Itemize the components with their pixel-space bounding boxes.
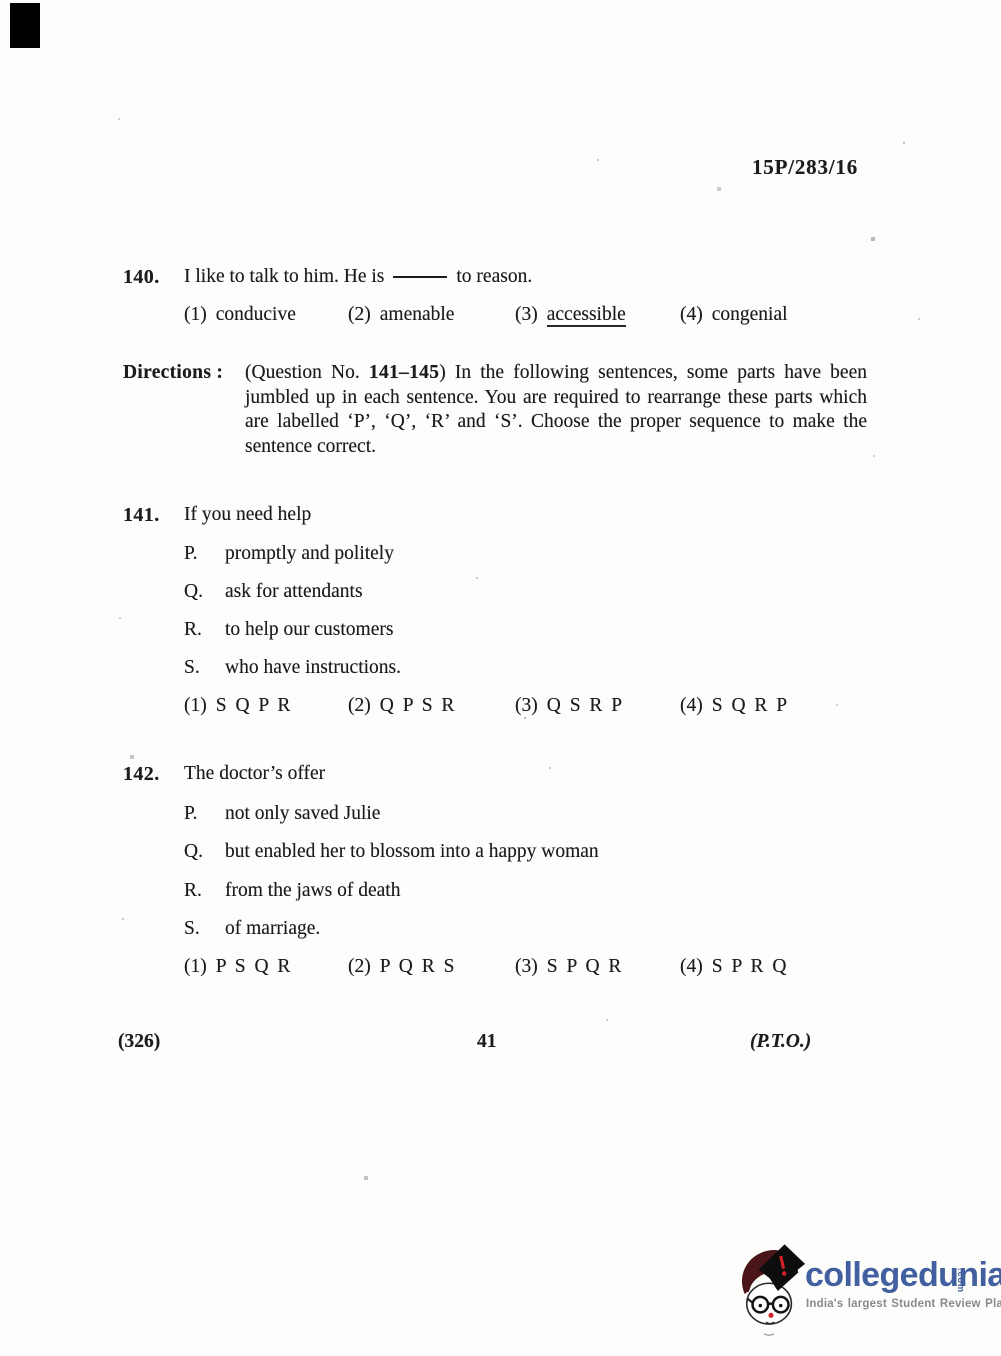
q142-part-S: S.of marriage. [184, 918, 320, 940]
q140-text-after: to reason. [456, 266, 532, 287]
q140-option-3: (3)accessible [515, 304, 626, 326]
part-label: P. [184, 803, 225, 825]
option-label: (3) [515, 956, 538, 977]
part-text: from the jaws of death [225, 880, 400, 901]
q140-option-4: (4)congenial [680, 304, 788, 326]
q142-option-4: (4)S P R Q [680, 956, 786, 978]
q140-option-1: (1)conducive [184, 304, 296, 326]
collegedunia-logo: collegedunia .com India's largest Studen… [737, 1242, 987, 1352]
option-text: accessible [547, 304, 626, 327]
scan-specks [0, 0, 2, 2]
exam-paper-page: 15P/283/16 140. I like to talk to him. H… [0, 0, 1001, 1356]
q140-text-before: I like to talk to him. He is [184, 266, 384, 287]
q141-option-2: (2)Q P S R [348, 695, 454, 717]
directions-label: Directions : [123, 362, 223, 384]
brand-tagline: India's largest Student Review Platform [806, 1298, 1001, 1310]
paper-code: 15P/283/16 [752, 155, 858, 180]
q142-part-P: P.not only saved Julie [184, 803, 380, 825]
directions-intro-pre: (Question No. [245, 362, 369, 383]
option-text: congenial [712, 304, 788, 325]
q141-option-3: (3)Q S R P [515, 695, 622, 717]
blank-line [393, 276, 447, 278]
page-number: 41 [477, 1031, 497, 1053]
option-text: Q S R P [547, 695, 622, 716]
option-text: amenable [380, 304, 455, 325]
part-text: but enabled her to blossom into a happy … [225, 841, 599, 862]
q141-stem: If you need help [184, 504, 311, 526]
part-label: P. [184, 543, 225, 565]
option-label: (1) [184, 695, 207, 716]
q140-number: 140. [123, 266, 160, 289]
q141-part-R: R.to help our customers [184, 619, 393, 641]
brand-suffix: .com [956, 1268, 966, 1293]
part-label: Q. [184, 581, 225, 603]
directions-body: (Question No. 141–145) In the following … [245, 361, 867, 459]
option-text: Q P S R [380, 695, 455, 716]
part-text: promptly and politely [225, 543, 394, 564]
option-label: (4) [680, 956, 703, 977]
part-text: of marriage. [225, 918, 320, 939]
option-text: P S Q R [216, 956, 291, 977]
q142-part-R: R.from the jaws of death [184, 880, 400, 902]
option-label: (2) [348, 956, 371, 977]
option-label: (1) [184, 304, 207, 325]
q141-part-Q: Q.ask for attendants [184, 581, 363, 603]
option-label: (4) [680, 695, 703, 716]
part-label: S. [184, 918, 225, 940]
q141-part-S: S.who have instructions. [184, 657, 401, 679]
part-label: R. [184, 880, 225, 902]
option-label: (3) [515, 304, 538, 325]
q141-option-1: (1)S Q P R [184, 695, 290, 717]
option-label: (2) [348, 304, 371, 325]
part-label: R. [184, 619, 225, 641]
option-label: (4) [680, 304, 703, 325]
mascot-icon [737, 1242, 805, 1342]
option-text: S P Q R [547, 956, 622, 977]
brand-text: collegedunia [805, 1256, 1001, 1295]
option-label: (3) [515, 695, 538, 716]
part-text: to help our customers [225, 619, 393, 640]
option-text: S Q P R [216, 695, 291, 716]
part-text: not only saved Julie [225, 803, 380, 824]
scan-artifact-box [10, 3, 40, 48]
directions-range: 141–145 [369, 362, 439, 383]
option-text: P Q R S [380, 956, 455, 977]
q140-option-2: (2)amenable [348, 304, 454, 326]
booklet-code: (326) [118, 1031, 160, 1053]
part-label: S. [184, 657, 225, 679]
q142-option-2: (2)P Q R S [348, 956, 454, 978]
q141-part-P: P.promptly and politely [184, 543, 394, 565]
q140-text: I like to talk to him. He isto reason. [184, 266, 532, 288]
option-text: S Q R P [712, 695, 787, 716]
option-label: (2) [348, 695, 371, 716]
option-text: conducive [216, 304, 296, 325]
q141-number: 141. [123, 504, 160, 527]
q141-option-4: (4)S Q R P [680, 695, 787, 717]
part-text: who have instructions. [225, 657, 401, 678]
q142-part-Q: Q.but enabled her to blossom into a happ… [184, 841, 599, 863]
q142-number: 142. [123, 763, 160, 786]
option-text: S P R Q [712, 956, 787, 977]
q142-stem: The doctor’s offer [184, 763, 325, 785]
q142-option-3: (3)S P Q R [515, 956, 621, 978]
part-label: Q. [184, 841, 225, 863]
pto-note: (P.T.O.) [750, 1031, 811, 1053]
q142-option-1: (1)P S Q R [184, 956, 290, 978]
option-label: (1) [184, 956, 207, 977]
part-text: ask for attendants [225, 581, 363, 602]
